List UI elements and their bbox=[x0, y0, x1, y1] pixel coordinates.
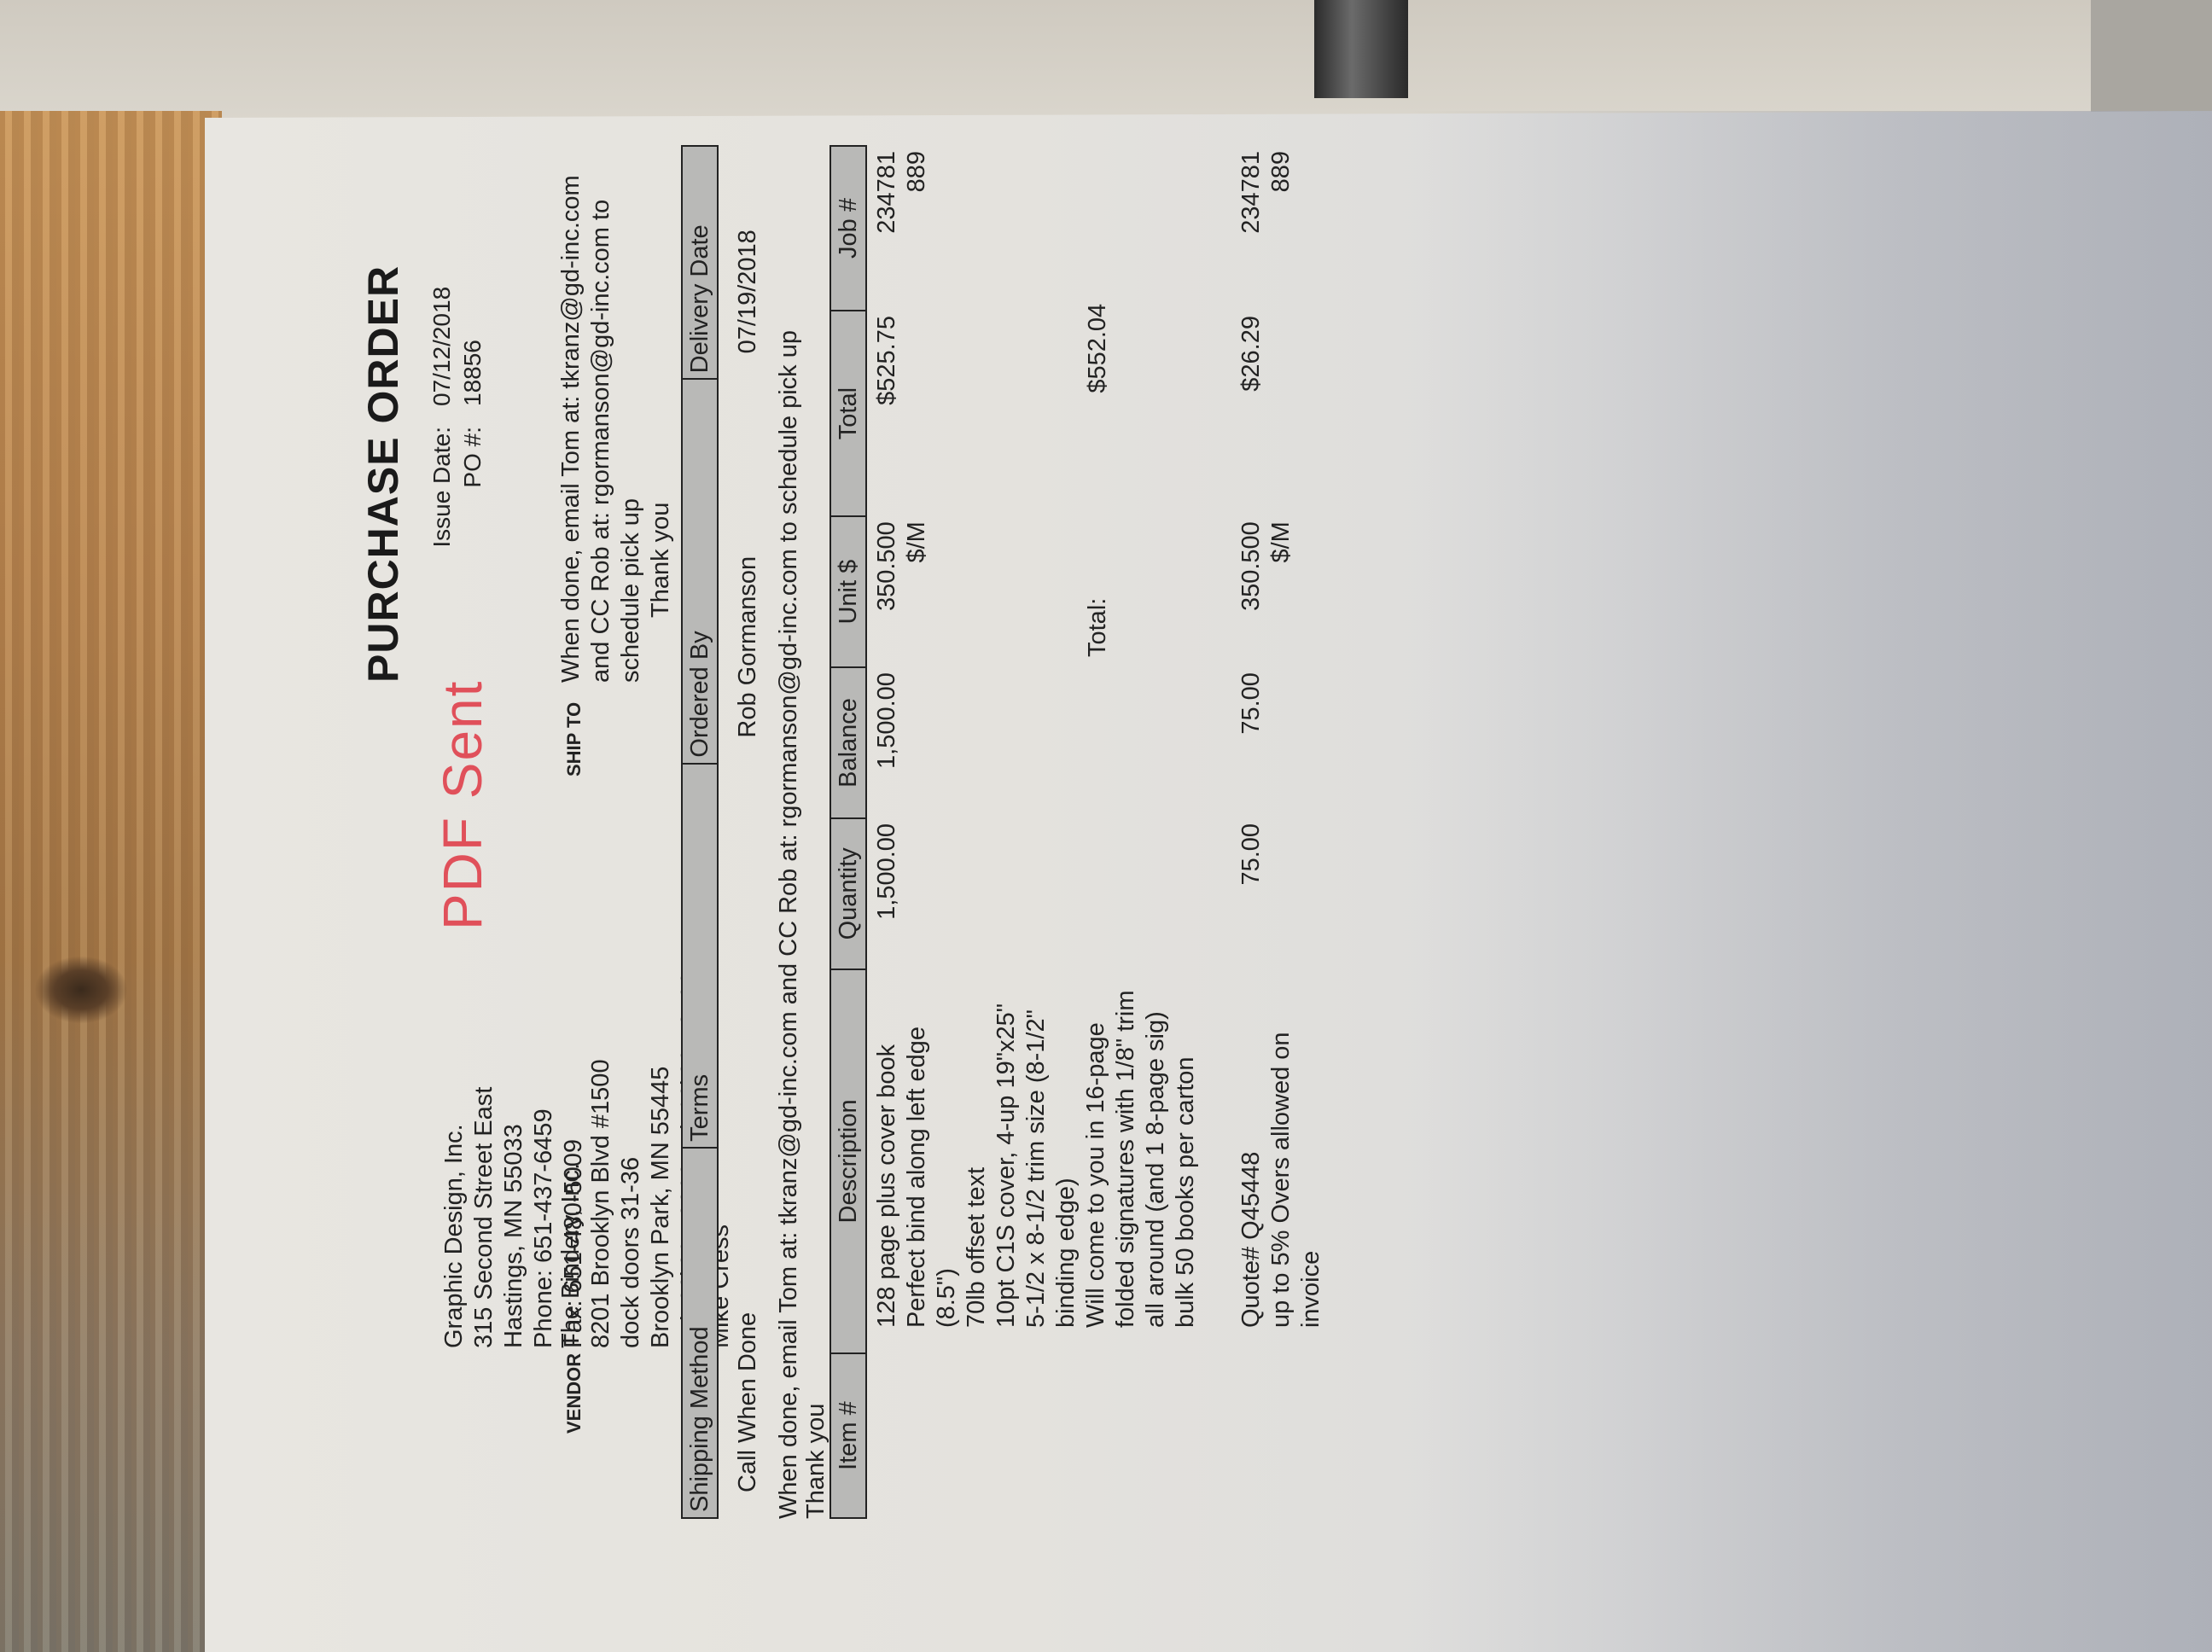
balance-cell: 75.00 bbox=[1201, 667, 1326, 818]
header-quantity: Quantity bbox=[830, 818, 866, 969]
terms-value bbox=[718, 764, 765, 1148]
quantity-cell: 1,500.00 bbox=[866, 818, 1201, 969]
description-cell: Quote# Q45448up to 5% Overs allowed onin… bbox=[1201, 969, 1326, 1353]
vendor-city: Brooklyn Park, MN 55445 bbox=[646, 971, 676, 1348]
unit-price-cell: 350.500$/M bbox=[1201, 516, 1326, 667]
ship-to-line-4: Thank you bbox=[646, 137, 676, 683]
balance-cell: 1,500.00 bbox=[866, 667, 1201, 818]
description-cell: 128 page plus cover bookPerfect bind alo… bbox=[866, 969, 1201, 1353]
header-item-number: Item # bbox=[830, 1353, 866, 1518]
job-number-cell: 234781889 bbox=[1201, 146, 1326, 311]
vendor-label: VENDOR bbox=[563, 1353, 585, 1434]
item-number-cell bbox=[866, 1353, 1201, 1518]
header-delivery-date: Delivery Date bbox=[682, 146, 718, 379]
header-terms: Terms bbox=[682, 764, 718, 1148]
ship-to-line-1: When done, email Tom at: tkranz@gd-inc.c… bbox=[556, 137, 586, 683]
line-items-header-row: Item # Description Quantity Balance Unit… bbox=[830, 146, 866, 1518]
po-number-value: 18856 bbox=[457, 340, 488, 406]
header-shipping-method: Shipping Method bbox=[682, 1148, 718, 1518]
pdf-sent-stamp: PDF Sent bbox=[431, 680, 494, 930]
delivery-date-value: 07/19/2018 bbox=[718, 146, 765, 379]
pickup-note-line-1: When done, email Tom at: tkranz@gd-inc.c… bbox=[775, 154, 802, 1519]
order-meta: Issue Date: 07/12/2018 PO #: 18856 bbox=[427, 287, 488, 555]
pickup-note-line-2: Thank you bbox=[802, 154, 829, 1519]
company-street: 315 Second Street East bbox=[469, 1087, 499, 1348]
grand-total-value: $552.04 bbox=[1084, 304, 1112, 393]
pickup-note: When done, email Tom at: tkranz@gd-inc.c… bbox=[775, 154, 829, 1519]
total-cell: $525.75 bbox=[866, 311, 1201, 516]
job-number-cell: 234781889 bbox=[866, 146, 1201, 311]
vendor-dock: dock doors 31-36 bbox=[616, 971, 646, 1348]
header-job-number: Job # bbox=[830, 146, 866, 311]
document-title: PURCHASE ORDER bbox=[358, 265, 408, 683]
header-balance: Balance bbox=[830, 667, 866, 818]
ordered-by-value: Rob Gormanson bbox=[718, 379, 765, 763]
company-name: Graphic Design, Inc. bbox=[439, 1087, 469, 1348]
grand-total: Total: $552.04 bbox=[1084, 304, 1112, 657]
shipping-info-row: Call When Done Rob Gormanson 07/19/2018 bbox=[718, 146, 765, 1518]
header-unit-price: Unit $ bbox=[830, 516, 866, 667]
header-total: Total bbox=[830, 311, 866, 516]
total-cell: $26.29 bbox=[1201, 311, 1326, 516]
purchase-order-document: PURCHASE ORDER PDF Sent Issue Date: 07/1… bbox=[358, 128, 1690, 1527]
shipping-info-header-row: Shipping Method Terms Ordered By Deliver… bbox=[682, 146, 718, 1518]
issue-date-value: 07/12/2018 bbox=[427, 287, 457, 406]
line-items-table: Item # Description Quantity Balance Unit… bbox=[829, 145, 1326, 1519]
ship-to-line-2: and CC Rob at: rgormanson@gd-inc.com to bbox=[586, 137, 616, 683]
metal-bracket bbox=[1314, 0, 1408, 98]
company-phone: Phone: 651-437-6459 bbox=[529, 1087, 559, 1348]
wood-knot bbox=[34, 956, 128, 1024]
grand-total-label: Total: bbox=[1084, 598, 1112, 657]
vendor-name: The Bindery, Inc. bbox=[556, 971, 586, 1348]
issue-date-label: Issue Date: bbox=[427, 406, 457, 555]
ship-to-line-3: schedule pick up bbox=[616, 137, 646, 683]
vendor-street: 8201 Brooklyn Blvd #1500 bbox=[586, 971, 616, 1348]
line-item-row: Quote# Q45448up to 5% Overs allowed onin… bbox=[1201, 146, 1326, 1518]
shipping-info-table: Shipping Method Terms Ordered By Deliver… bbox=[681, 145, 765, 1519]
company-city: Hastings, MN 55033 bbox=[499, 1087, 529, 1348]
ship-to-instructions: When done, email Tom at: tkranz@gd-inc.c… bbox=[556, 137, 676, 683]
wood-surface bbox=[0, 111, 222, 1652]
item-number-cell bbox=[1201, 1353, 1326, 1518]
po-number-label: PO #: bbox=[457, 406, 488, 555]
ship-to-label: SHIP TO bbox=[563, 702, 585, 777]
unit-price-cell: 350.500$/M bbox=[866, 516, 1201, 667]
header-ordered-by: Ordered By bbox=[682, 379, 718, 763]
line-item-row: 128 page plus cover bookPerfect bind alo… bbox=[866, 146, 1201, 1518]
shipping-method-value: Call When Done bbox=[718, 1148, 765, 1518]
header-description: Description bbox=[830, 969, 866, 1353]
quantity-cell: 75.00 bbox=[1201, 818, 1326, 969]
